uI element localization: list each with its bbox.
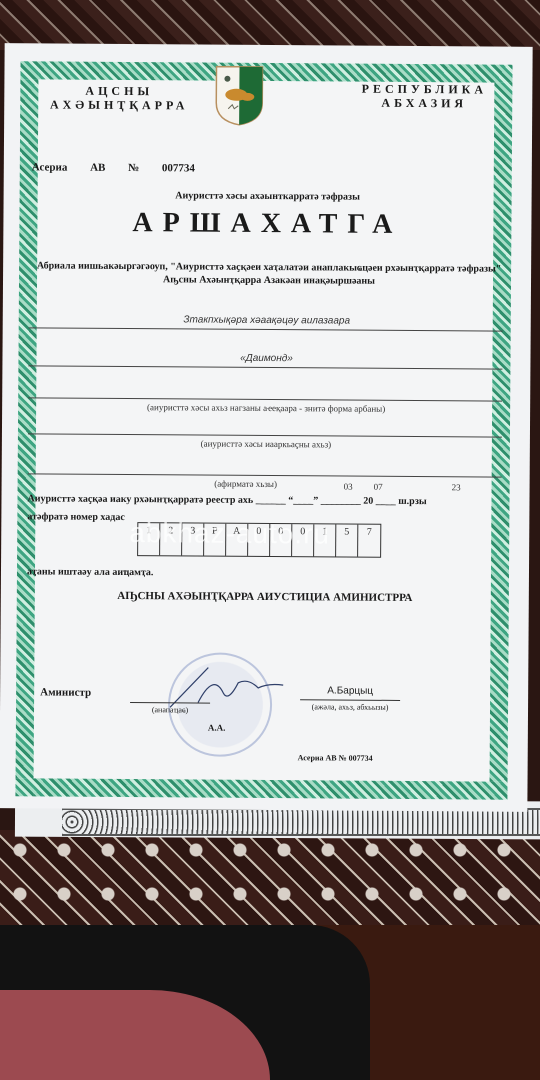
date-year: 23 <box>452 482 461 492</box>
assigned-line: аҭаны иштаәу ала аиҵамҭа. <box>27 566 154 578</box>
series-number: Асериа АВ № 007734 <box>32 161 213 174</box>
document-title: АРШАХАТГА <box>21 206 513 241</box>
date-suffix: ш.рзы <box>398 496 427 507</box>
series-value: АВ <box>90 162 105 174</box>
header-left-line-1: АЦСНЫ <box>44 83 194 98</box>
date-year-prefix: 20 <box>363 496 373 507</box>
registry-cell: 7 <box>358 525 380 557</box>
field-activity-value: Зтакпхықәра хәаақәцәу аилазаара <box>21 313 513 327</box>
tablecloth-background-top <box>0 0 540 50</box>
footer-series: Асериа АВ № 007734 <box>298 753 373 763</box>
minister-label: Аминистр <box>40 686 91 698</box>
name-caption: (ажәла, ахьз, абхьызы) <box>300 702 400 712</box>
caption-short-name: (аиуристтә хәсы иааркьаҫны ахьз) <box>20 437 512 450</box>
intro-text: Абриала иишьакәыргәгәоуп, "Аиуристтә хаҫ… <box>29 259 509 288</box>
number-value: 007734 <box>162 162 195 174</box>
date-day: 03 <box>344 482 353 492</box>
abkhazia-coat-of-arms-icon <box>214 65 264 127</box>
date-month: 07 <box>374 482 383 492</box>
caption-name-form: (аиуристтә хәсы ахьз нагзаны аҽеқаара - … <box>20 401 512 414</box>
header-right: РЕСПУБЛИКА АБХАЗИЯ <box>344 82 504 111</box>
field-line-1 <box>29 327 503 331</box>
minister-name: А.Барцыц <box>300 685 400 697</box>
name-line <box>300 699 400 701</box>
header-left: АЦСНЫ АХӘЫНҬҚАРРА <box>44 83 194 112</box>
registry-number-label: атәфратә номер хадас <box>27 511 124 523</box>
watermark: abkhaz-auto.ru <box>129 517 330 550</box>
header-right-line-2: АБХАЗИЯ <box>344 96 504 111</box>
header-right-line-1: РЕСПУБЛИКА <box>344 82 504 97</box>
caption-company: (афирматә хьзы) <box>0 477 512 491</box>
number-label: № <box>128 162 139 174</box>
series-label: Асериа <box>32 161 68 173</box>
registry-cell: 5 <box>336 524 358 556</box>
certificate-content: АЦСНЫ АХӘЫНҬҚАРРА РЕСПУБЛИКА АБХАЗИЯ Асе… <box>17 61 514 793</box>
header-left-line-2: АХӘЫНҬҚАРРА <box>44 97 194 112</box>
ministry-name: АҦСНЫ АХӘЫНҬҚАРРА АИУСТИЦИА АМИНИСТРРА <box>19 589 511 604</box>
document-subtitle: Аиуристтә хәсы ахәынткарратә тәфразы <box>22 189 514 203</box>
signature-caption: (анапаҵаҩ) <box>130 705 210 715</box>
certificate-sheet: АЦСНЫ АХӘЫНҬҚАРРА РЕСПУБЛИКА АБХАЗИЯ Асе… <box>0 43 533 812</box>
field-name-value: «Даимонд» <box>20 351 512 365</box>
underlying-sheet-border <box>62 808 540 836</box>
field-line-2 <box>28 365 502 369</box>
registry-line-text: Аиуристтә хаҫқәа иаку рхәынҭқарратә реес… <box>27 493 253 506</box>
stamp-initials: А.А. <box>208 723 226 733</box>
tablecloth-background-bottom <box>0 830 540 925</box>
registry-line: Аиуристтә хаҫқәа иаку рхәынҭқарратә реес… <box>27 493 426 507</box>
